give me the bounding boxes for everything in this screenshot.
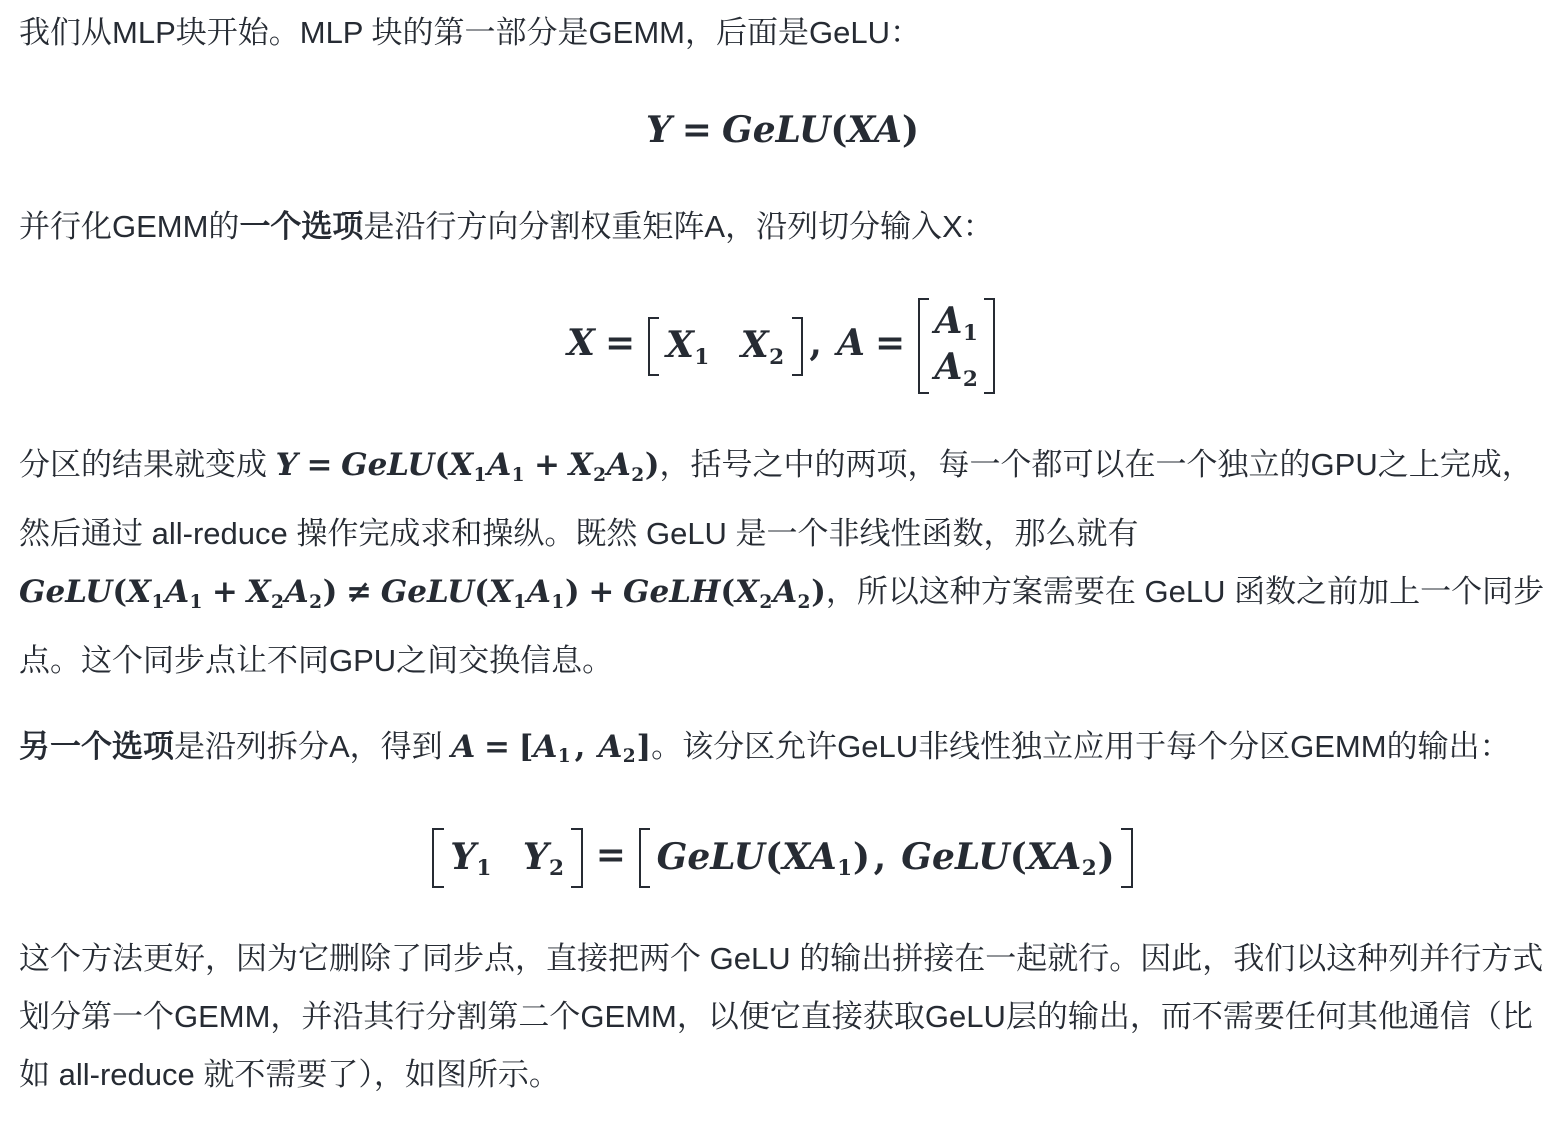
math-token: ) (645, 447, 660, 483)
math-token: 1 (551, 592, 564, 613)
text-run: 。该分区允许GeLU非线性独立应用于每个分区GEMM的输出： (651, 729, 1510, 764)
math-token: = (875, 322, 905, 364)
math-token: ( (1010, 836, 1027, 878)
math-token: = (682, 109, 712, 151)
math-token: A (935, 346, 963, 388)
matrix-body: Y1Y2 (444, 828, 572, 888)
formula-math: X=X1X2,A=A1A2 (567, 298, 998, 394)
formula-math: Y=GeLU(XA) (646, 104, 919, 156)
math-token: ( (434, 447, 449, 483)
math-token: X (666, 324, 694, 366)
math-token: 1 (512, 465, 525, 486)
math-token: Y (276, 447, 298, 483)
math-token: GeLU (722, 109, 830, 151)
math-token: 2 (769, 345, 784, 370)
math-token: , (575, 729, 586, 765)
bold-text-run: 另一个选项 (19, 729, 174, 764)
math-token: 1 (476, 856, 491, 881)
math-token: GeLH (623, 574, 720, 610)
math-token: A (837, 322, 865, 364)
math-token: X (741, 324, 769, 366)
math-token: X (127, 574, 151, 610)
math-token: 1 (558, 746, 571, 767)
matrix-cell: Y1 (450, 831, 492, 885)
math-token: ( (830, 109, 847, 151)
math-token: 1 (694, 345, 709, 370)
matrix-cell: A1 (935, 300, 979, 346)
math-token: , (874, 836, 887, 878)
math-token: ≠ (346, 574, 372, 610)
display-formula: X=X1X2,A=A1A2 (19, 298, 1546, 394)
display-formula: Y=GeLU(XA) (19, 104, 1546, 156)
math-token: Y (523, 836, 549, 878)
bracket-left (432, 828, 443, 888)
math-token: Y (646, 109, 672, 151)
math-token: 1 (963, 321, 978, 346)
math-token: ) (811, 574, 826, 610)
math-token: XA (782, 836, 837, 878)
math-token: A (451, 729, 475, 765)
math-token: X (569, 447, 593, 483)
bold-text-run: 一个选项 (239, 209, 363, 244)
math-token: ] (636, 729, 651, 765)
math-token: X (449, 447, 473, 483)
math-token: 2 (798, 592, 811, 613)
math-token: X (735, 574, 759, 610)
bracket-right (571, 828, 582, 888)
paragraph: 分区的结果就变成 Y=GeLU(X1A1+X2A2)，括号之中的两项，每一个都可… (19, 436, 1546, 689)
paragraph: 这个方法更好，因为它删除了同步点，直接把两个 GeLU 的输出拼接在一起就行。因… (19, 930, 1546, 1104)
matrix: Y1Y2 (432, 828, 582, 888)
math-token: GeLU (19, 574, 112, 610)
matrix-cell: X1 (666, 319, 710, 373)
math-token: ( (474, 574, 489, 610)
matrix: A1A2 (918, 298, 995, 394)
math-token: A (285, 574, 309, 610)
inline-math: Y=GeLU(X1A1+X2A2) (276, 436, 660, 505)
math-token: + (534, 447, 560, 483)
paragraph: 并行化GEMM的一个选项是沿行方向分割权重矩阵A，沿列切分输入X： (19, 198, 1546, 256)
math-token: 2 (271, 592, 284, 613)
paragraph: 我们从MLP块开始。MLP 块的第一部分是GEMM，后面是GeLU： (19, 4, 1546, 62)
math-token: A (935, 300, 963, 342)
math-token: = (306, 447, 332, 483)
matrix-cell: Y2 (523, 831, 565, 885)
math-token: 2 (309, 592, 322, 613)
bracket-left (639, 828, 650, 888)
text-run: 我们从MLP块开始。MLP 块的第一部分是GEMM，后面是GeLU： (19, 15, 921, 50)
matrix: GeLU(XA1),GeLU(XA2) (639, 828, 1133, 888)
text-run: 是沿行方向分割权重矩阵A，沿列切分输入X： (363, 209, 993, 244)
math-token: = (484, 729, 510, 765)
math-token: 2 (1082, 856, 1097, 881)
math-token: = (596, 834, 626, 876)
math-token: [ (519, 729, 534, 765)
paragraph: 另一个选项是沿列拆分A，得到 A=[A1,A2]。该分区允许GeLU非线性独立应… (19, 718, 1546, 787)
text-run: 是沿列拆分A，得到 (174, 729, 451, 764)
math-token: A (598, 729, 622, 765)
math-token: 1 (190, 592, 203, 613)
math-token: A (165, 574, 189, 610)
math-token: 2 (593, 465, 606, 486)
article-content: 我们从MLP块开始。MLP 块的第一部分是GEMM，后面是GeLU：Y=GeLU… (19, 4, 1546, 1104)
math-token: A (527, 574, 551, 610)
math-token: ) (853, 836, 870, 878)
inline-math: GeLU(X1A1+X2A2)≠GeLU(X1A1)+GeLH(X2A2) (19, 563, 826, 632)
math-token: XA (1027, 836, 1082, 878)
math-token: GeLU (381, 574, 474, 610)
math-token: ) (565, 574, 580, 610)
math-token: GeLU (901, 836, 1009, 878)
bracket-right (1121, 828, 1132, 888)
math-token: 2 (549, 856, 564, 881)
math-token: X (567, 322, 595, 364)
text-run: 这个方法更好，因为它删除了同步点，直接把两个 GeLU 的输出拼接在一起就行。因… (19, 941, 1543, 1092)
bracket-right (792, 317, 803, 377)
math-token: ) (323, 574, 338, 610)
math-token: 2 (963, 367, 978, 392)
math-token: X (247, 574, 271, 610)
formula-math: Y1Y2=GeLU(XA1),GeLU(XA2) (430, 828, 1136, 888)
math-token: A (533, 729, 557, 765)
math-token: + (588, 574, 614, 610)
math-token: GeLU (657, 836, 765, 878)
math-token: ) (1098, 836, 1115, 878)
matrix-body: A1A2 (929, 298, 983, 394)
bracket-right (984, 298, 995, 394)
math-token: X (489, 574, 513, 610)
matrix-body: X1X2 (659, 317, 791, 377)
matrix-cell: A2 (935, 346, 979, 392)
math-token: 2 (631, 465, 644, 486)
math-token: A (607, 447, 631, 483)
math-token: 1 (474, 465, 487, 486)
bracket-left (648, 317, 659, 377)
math-token: 2 (759, 592, 772, 613)
math-token: ( (765, 836, 782, 878)
math-token: ( (720, 574, 735, 610)
math-token: A (487, 447, 511, 483)
math-token: + (212, 574, 238, 610)
display-formula: Y1Y2=GeLU(XA1),GeLU(XA2) (19, 828, 1546, 888)
text-run: 分区的结果就变成 (19, 447, 276, 482)
math-token: = (605, 322, 635, 364)
math-token: , (809, 322, 822, 364)
math-token: Y (450, 836, 476, 878)
math-token: ( (112, 574, 127, 610)
matrix-cell: X2 (741, 319, 785, 373)
text-run: 并行化GEMM的 (19, 209, 239, 244)
math-token: 1 (513, 592, 526, 613)
math-token: ) (902, 109, 919, 151)
matrix-cell: GeLU(XA1),GeLU(XA2) (657, 831, 1115, 885)
inline-math: A=[A1,A2] (451, 718, 651, 787)
math-token: 2 (623, 746, 636, 767)
math-token: A (773, 574, 797, 610)
math-token: XA (847, 109, 902, 151)
matrix-body: GeLU(XA1),GeLU(XA2) (650, 828, 1121, 888)
math-token: 1 (151, 592, 164, 613)
matrix: X1X2 (648, 317, 803, 377)
math-token: 1 (837, 856, 852, 881)
bracket-left (918, 298, 929, 394)
math-token: GeLU (341, 447, 434, 483)
